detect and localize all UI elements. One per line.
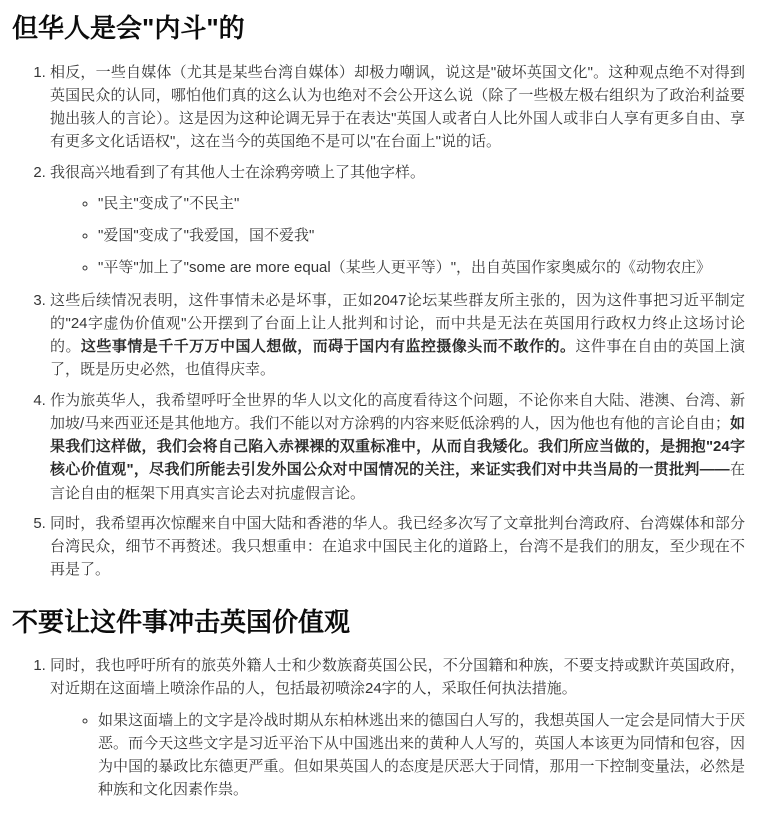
bold-text-run: 这些事情是千千万万中国人想做，而碍于国内有监控摄像头而不敢作的。 (81, 338, 576, 355)
sub-bullet-list: "民主"变成了"不民主""爱国"变成了"我爱国，国不爱我""平等"加上了"som… (50, 192, 745, 280)
sub-list-item: "民主"变成了"不民主" (98, 192, 745, 215)
list-item: 这些后续情况表明，这件事情未必是坏事，正如2047论坛某些群友所主张的，因为这件… (50, 289, 745, 382)
article: 但华人是会"内斗"的 相反，一些自媒体（尤其是某些台湾自媒体）却极力嘲讽，说这是… (0, 0, 759, 817)
list-item: 作为旅英华人，我希望呼吁全世界的华人以文化的高度看待这个问题，不论你来自大陆、港… (50, 389, 745, 505)
sub-list-item: 如果这面墙上的文字是冷战时期从东柏林逃出来的德国白人写的，我想英国人一定会是同情… (98, 709, 745, 802)
section-chinese-infighting: 但华人是会"内斗"的 相反，一些自媒体（尤其是某些台湾自媒体）却极力嘲讽，说这是… (12, 12, 745, 582)
list-item: 同时，我也呼吁所有的旅英外籍人士和少数族裔英国公民，不分国籍和种族，不要支持或默… (50, 654, 745, 802)
sub-list-item: "平等"加上了"some are more equal（某些人更平等）"，出自英… (98, 256, 745, 279)
text-run: 相反，一些自媒体（尤其是某些台湾自媒体）却极力嘲讽，说这是"破坏英国文化"。这种… (50, 64, 745, 151)
numbered-list: 同时，我也呼吁所有的旅英外籍人士和少数族裔英国公民，不分国籍和种族，不要支持或默… (12, 654, 745, 802)
text-run: 同时，我希望再次惊醒来自中国大陆和香港的华人。我已经多次写了文章批判台湾政府、台… (50, 515, 745, 579)
section-british-values: 不要让这件事冲击英国价值观 同时，我也呼吁所有的旅英外籍人士和少数族裔英国公民，… (12, 606, 745, 802)
sub-list-item: "爱国"变成了"我爱国，国不爱我" (98, 224, 745, 247)
list-item: 同时，我希望再次惊醒来自中国大陆和香港的华人。我已经多次写了文章批判台湾政府、台… (50, 512, 745, 582)
numbered-list: 相反，一些自媒体（尤其是某些台湾自媒体）却极力嘲讽，说这是"破坏英国文化"。这种… (12, 61, 745, 582)
section-heading: 不要让这件事冲击英国价值观 (12, 606, 745, 639)
text-run: 我很高兴地看到了有其他人士在涂鸦旁喷上了其他字样。 (50, 164, 425, 181)
sub-bullet-list: 如果这面墙上的文字是冷战时期从东柏林逃出来的德国白人写的，我想英国人一定会是同情… (50, 709, 745, 802)
text-run: 作为旅英华人，我希望呼吁全世界的华人以文化的高度看待这个问题，不论你来自大陆、港… (50, 392, 745, 432)
list-item: 相反，一些自媒体（尤其是某些台湾自媒体）却极力嘲讽，说这是"破坏英国文化"。这种… (50, 61, 745, 154)
text-run: 同时，我也呼吁所有的旅英外籍人士和少数族裔英国公民，不分国籍和种族，不要支持或默… (50, 657, 745, 697)
list-item: 我很高兴地看到了有其他人士在涂鸦旁喷上了其他字样。"民主"变成了"不民主""爱国… (50, 161, 745, 280)
section-heading: 但华人是会"内斗"的 (12, 12, 745, 45)
